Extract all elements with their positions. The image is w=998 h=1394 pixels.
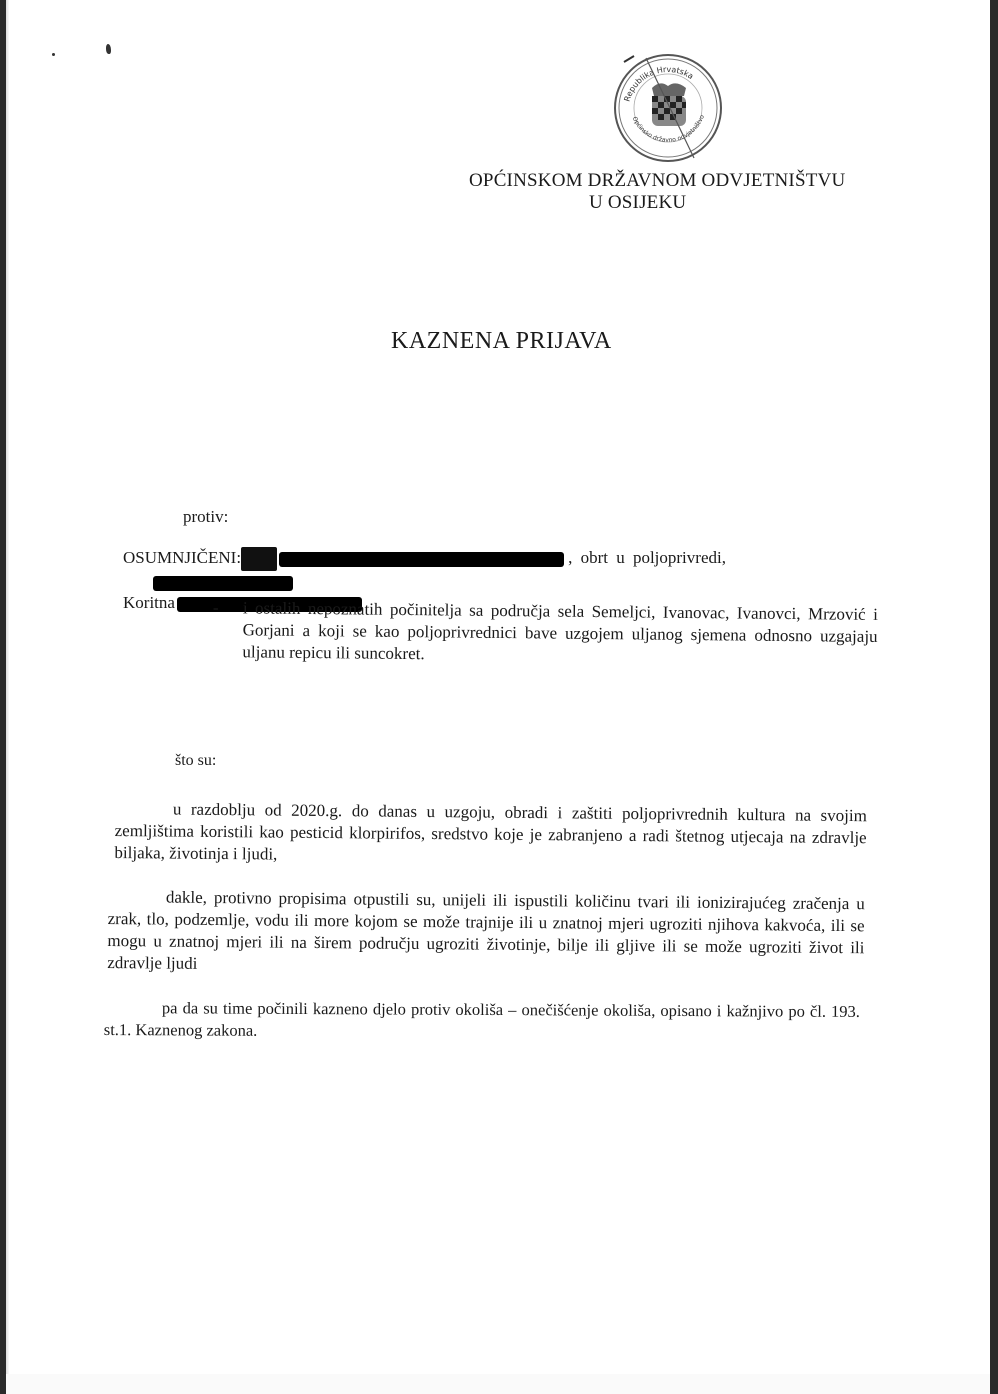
suspect-location: Koritna	[123, 593, 175, 612]
list-dash: -	[213, 597, 219, 619]
suspect-label: OSUMNJIČENI:	[123, 548, 241, 567]
page-edge-shadow	[6, 0, 9, 1394]
page-bottom-shade	[6, 1374, 990, 1394]
suspect-business: , obrt u poljoprivredi,	[568, 548, 726, 567]
other-suspects-text: i ostalih nepoznatih počinitelja sa podr…	[212, 597, 878, 670]
against-label: protiv:	[183, 507, 228, 527]
scan-speck	[52, 53, 55, 56]
charge-paragraph-1: u razdoblju od 2020.g. do danas u uzgoju…	[114, 798, 867, 871]
scan-speck	[106, 44, 111, 54]
charge-paragraph-2-text: dakle, protivno propisima otpustili su, …	[107, 888, 865, 973]
redaction-bar	[153, 576, 293, 591]
redaction-box	[241, 547, 277, 571]
addressee-line-2: U OSIJEKU	[469, 192, 869, 214]
addressee-block: OPĆINSKOM DRŽAVNOM ODVJETNIŠTVU U OSIJEK…	[469, 170, 869, 214]
addressee-line-1: OPĆINSKOM DRŽAVNOM ODVJETNIŠTVU	[469, 170, 869, 192]
charges-heading: što su:	[175, 752, 216, 770]
suspect-line-1: OSUMNJIČENI:, obrt u poljoprivredi,	[123, 547, 893, 592]
charge-paragraph-3-text: pa da su time počinili kazneno djelo pro…	[104, 998, 860, 1039]
other-suspects-item: - i ostalih nepoznatih počinitelja sa po…	[212, 597, 878, 670]
charge-paragraph-3: pa da su time počinili kazneno djelo pro…	[104, 997, 860, 1045]
document-title: KAZNENA PRIJAVA	[391, 328, 612, 355]
charge-paragraph-2: dakle, protivno propisima otpustili su, …	[107, 886, 865, 981]
redaction-bar	[279, 552, 564, 567]
official-stamp-icon: Republika Hrvatska Općinsko državno odvj…	[612, 52, 724, 164]
charge-paragraph-1-text: u razdoblju od 2020.g. do danas u uzgoju…	[114, 800, 867, 864]
